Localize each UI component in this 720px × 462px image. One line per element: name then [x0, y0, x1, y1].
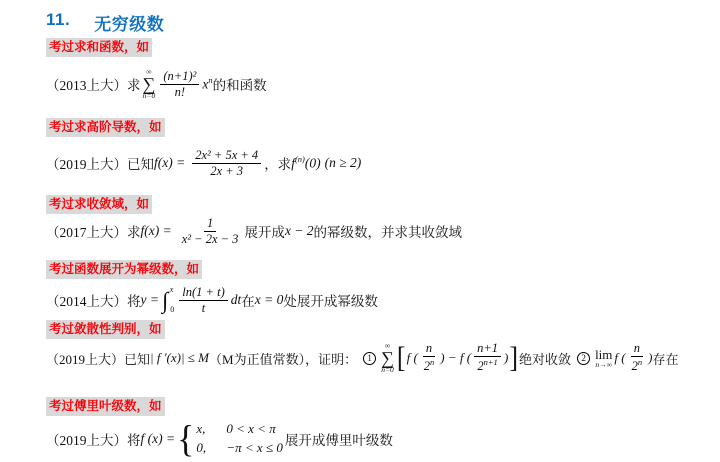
- right-bracket: ]: [509, 343, 518, 373]
- formula-variable: x − 2: [285, 223, 314, 239]
- formula-text: （2014上大）将: [46, 290, 141, 310]
- formula-variable: x = 0: [255, 292, 284, 308]
- formula-text: （2017上大）求: [46, 221, 141, 241]
- formula-function: f(x) =: [141, 223, 172, 239]
- integral-operator: ∫ x 0: [162, 289, 168, 312]
- fraction: n 2n: [421, 341, 438, 374]
- formula-text: （2019上大）已知: [46, 349, 150, 368]
- fraction: ln(1 + t) t: [179, 285, 227, 316]
- formula-text: ，求: [264, 153, 291, 173]
- formula-function: f (x) =: [141, 431, 176, 447]
- title-number: 11.: [46, 10, 70, 35]
- page-title: 11. 无穷级数: [46, 10, 164, 35]
- formula-convergence-test: （2019上大）已知 | f ′(x)| ≤ M （M为正值常数），证明： 1 …: [46, 334, 678, 382]
- formula-abs-value: | f ′(x)| ≤ M: [150, 350, 209, 366]
- case-row: x, 0 < x < π: [196, 420, 282, 439]
- case-row: 0, −π < x ≤ 0: [196, 439, 282, 458]
- fraction: n+1 2n+1: [474, 341, 501, 374]
- sigma-operator: ∞ ∑ n=0: [381, 342, 394, 373]
- formula-text: 存在: [652, 349, 678, 368]
- formula-text: 展开成: [244, 221, 285, 241]
- formula-text: 的幂级数，并求其收敛域: [314, 221, 463, 241]
- formula-text: f (: [407, 350, 418, 366]
- formula-text: ) − f (: [440, 350, 471, 366]
- fraction: (n+1)² n!: [160, 69, 199, 100]
- formula-text: （2013上大）求: [46, 74, 141, 94]
- formula-power-series: （2014上大）将 y = ∫ x 0 ln(1 + t) t dt 在 x =…: [46, 278, 378, 322]
- piecewise-cases: { x, 0 < x < π 0, −π < x ≤ 0: [177, 420, 283, 458]
- limit-operator: lim n→∞: [595, 348, 612, 369]
- formula-sum-function: （2013上大）求 ∞ ∑ n=0 (n+1)² n! xn 的和函数: [46, 60, 267, 108]
- formula-variable: xn: [202, 75, 212, 93]
- formula-derivative: f(n)(0): [291, 154, 320, 172]
- formula-condition: (n ≥ 2): [325, 155, 362, 171]
- formula-convergence-domain: （2017上大）求 f(x) = 1 x² − 2x − 3 展开成 x − 2…: [46, 207, 462, 255]
- section-header-power-series-expansion: 考过函数展开为幂级数，如: [46, 260, 202, 279]
- fraction: 1 x² − 2x − 3: [179, 216, 242, 247]
- formula-text: 展开成傅里叶级数: [285, 429, 393, 449]
- fraction: n 2n: [629, 341, 646, 374]
- fraction: 2x² + 5x + 4 2x + 3: [192, 148, 261, 179]
- formula-function: y =: [141, 292, 159, 308]
- formula-text: （2019上大）将: [46, 429, 141, 449]
- left-bracket: [: [397, 343, 406, 373]
- formula-text: （2019上大）已知: [46, 153, 154, 173]
- document-page: 11. 无穷级数 考过求和函数，如 （2013上大）求 ∞ ∑ n=0 (n+1…: [0, 0, 720, 462]
- formula-text: 处展开成幂级数: [283, 290, 378, 310]
- formula-differential: dt: [231, 292, 242, 308]
- section-header-sum-function: 考过求和函数，如: [46, 38, 152, 57]
- formula-function: f(x) =: [154, 155, 185, 171]
- section-header-fourier-series: 考过傅里叶级数，如: [46, 397, 165, 416]
- formula-fourier-series: （2019上大）将 f (x) = { x, 0 < x < π 0, −π <…: [46, 416, 393, 462]
- cases-brace: {: [177, 422, 194, 456]
- formula-text: 的和函数: [213, 74, 267, 94]
- formula-text: ): [504, 350, 508, 366]
- circled-number-2: 2: [577, 352, 590, 365]
- section-header-high-order-derivative: 考过求高阶导数，如: [46, 118, 165, 137]
- formula-text: f (: [614, 350, 625, 366]
- formula-text: 在: [241, 290, 255, 310]
- circled-number-1: 1: [363, 352, 376, 365]
- title-text: 无穷级数: [94, 10, 164, 35]
- sigma-operator: ∞ ∑ n=0: [143, 68, 156, 99]
- formula-high-order-derivative: （2019上大）已知 f(x) = 2x² + 5x + 4 2x + 3 ，求…: [46, 139, 361, 187]
- formula-text: 绝对收敛: [519, 349, 571, 368]
- formula-text: （M为正值常数），证明：: [209, 349, 357, 368]
